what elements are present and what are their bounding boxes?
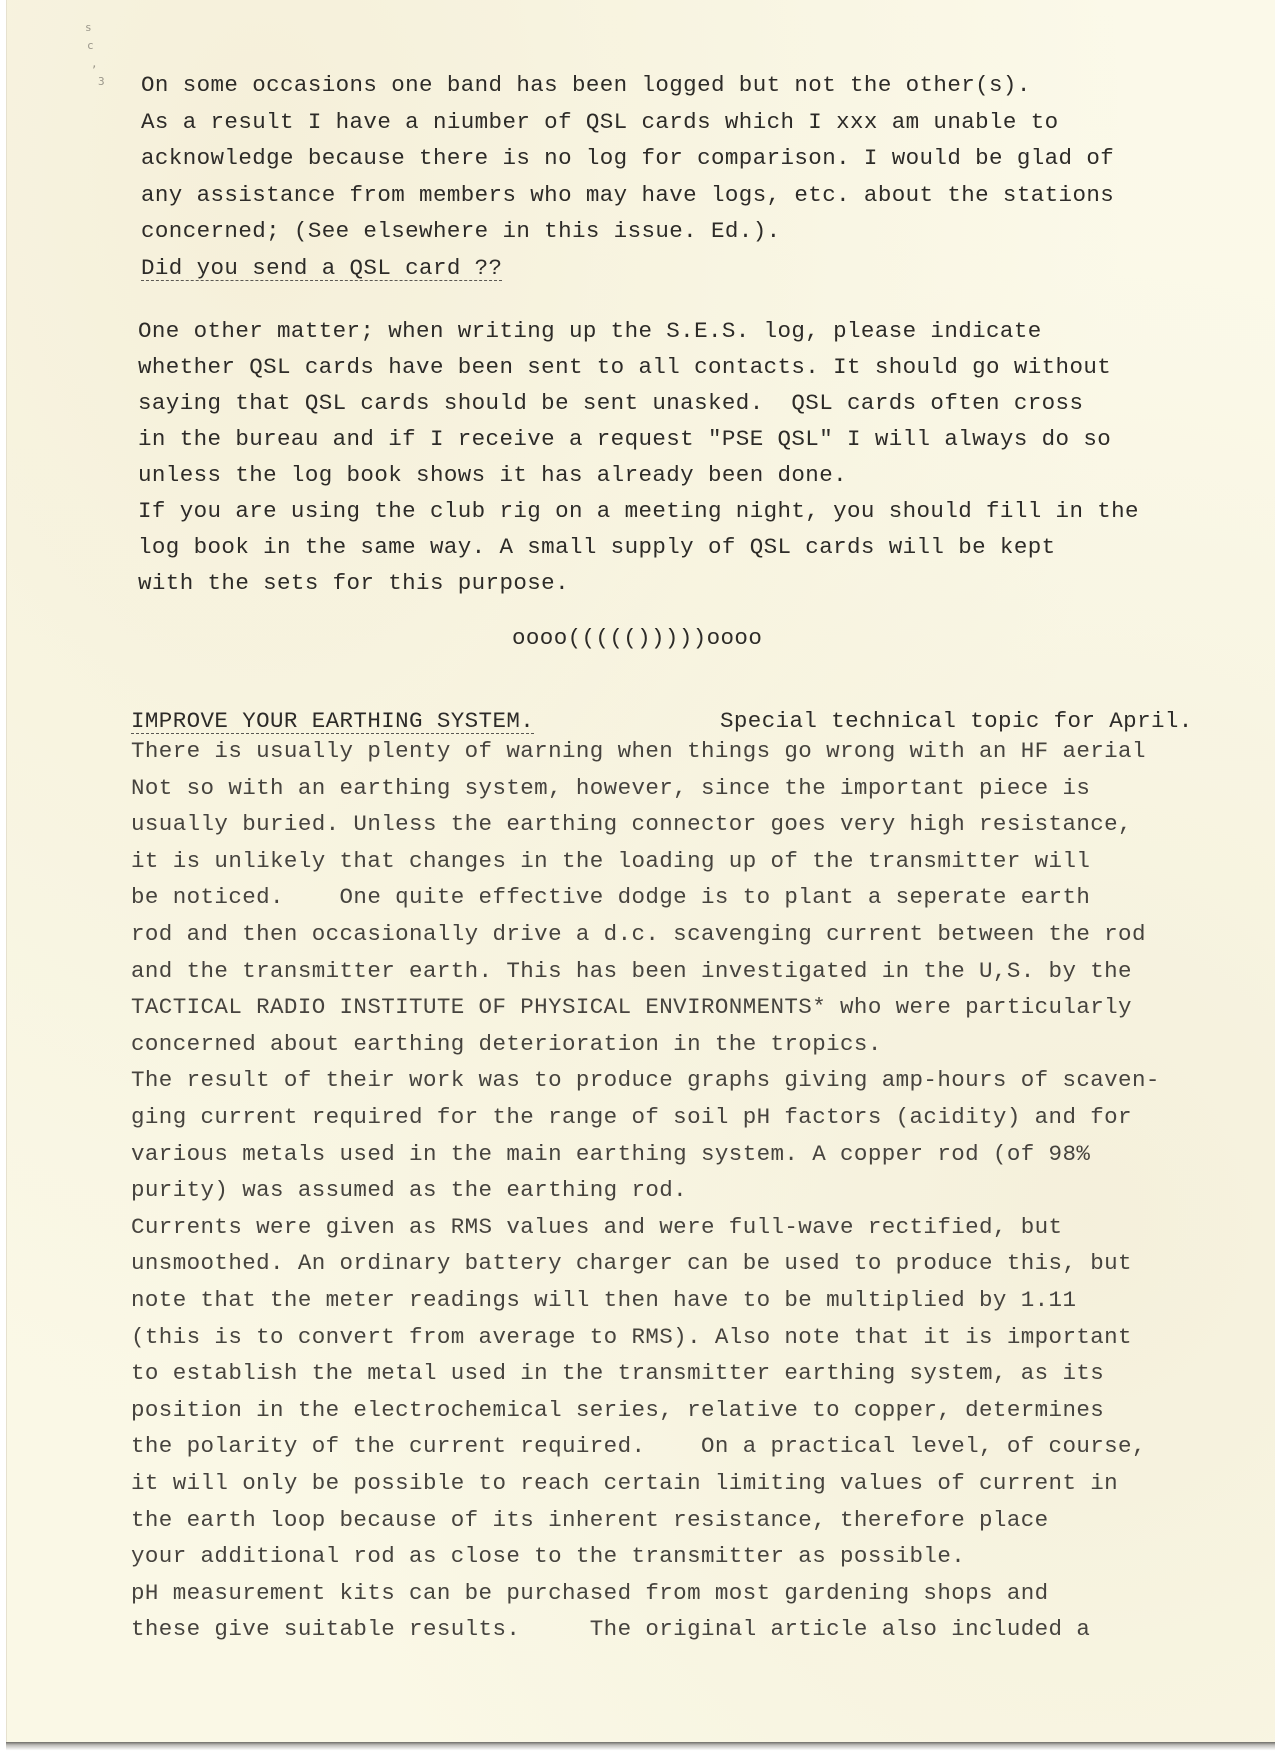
- margin-mark: ,: [91, 58, 98, 70]
- text-line: If you are using the club rig on a meeti…: [138, 498, 1139, 524]
- log-instructions-paragraph: One other matter; when writing up the S.…: [138, 318, 194, 578]
- document-page: s c , 3 On some occasions one band has b…: [6, 0, 1275, 1742]
- text-line: concerned; (See elsewhere in this issue.…: [141, 218, 781, 244]
- text-line: it is unlikely that changes in the loadi…: [131, 848, 1090, 874]
- text-line: your additional rod as close to the tran…: [131, 1543, 965, 1569]
- qsl-question-heading: Did you send a QSL card ??: [141, 255, 502, 281]
- text-line: (this is to convert from average to RMS)…: [131, 1324, 1132, 1350]
- text-line: various metals used in the main earthing…: [131, 1141, 1090, 1167]
- text-line: Currents were given as RMS values and we…: [131, 1214, 1062, 1240]
- margin-mark: s: [85, 22, 92, 34]
- text-line: Not so with an earthing system, however,…: [131, 775, 1090, 801]
- text-line: As a result I have a niumber of QSL card…: [141, 109, 1059, 135]
- margin-mark: c: [87, 40, 94, 52]
- text-line: concerned about earthing deterioration i…: [131, 1031, 882, 1057]
- text-line: The result of their work was to produce …: [131, 1067, 1160, 1093]
- text-line: On some occasions one band has been logg…: [141, 72, 1031, 98]
- text-line: There is usually plenty of warning when …: [131, 738, 1146, 764]
- text-line: to establish the metal used in the trans…: [131, 1360, 1104, 1386]
- article-title: IMPROVE YOUR EARTHING SYSTEM.: [131, 708, 534, 734]
- article-subtitle: Special technical topic for April.: [720, 708, 1193, 734]
- text-line: with the sets for this purpose.: [138, 570, 569, 596]
- qsl-paragraph: On some occasions one band has been logg…: [141, 72, 197, 280]
- text-line: acknowledge because there is no log for …: [141, 145, 1114, 171]
- page-bottom-edge: [6, 1742, 1275, 1754]
- text-line: unless the log book shows it has already…: [138, 462, 847, 488]
- text-line: rod and then occasionally drive a d.c. s…: [131, 921, 1146, 947]
- text-line: unsmoothed. An ordinary battery charger …: [131, 1250, 1132, 1276]
- text-line: the earth loop because of its inherent r…: [131, 1507, 1049, 1533]
- section-separator: oooo((((()))))oooo: [512, 625, 762, 651]
- text-line: in the bureau and if I receive a request…: [138, 426, 1111, 452]
- text-line: whether QSL cards have been sent to all …: [138, 354, 1111, 380]
- margin-mark: 3: [98, 76, 105, 88]
- text-line: these give suitable results. The origina…: [131, 1616, 1090, 1642]
- text-line: the polarity of the current required. On…: [131, 1433, 1146, 1459]
- text-line: TACTICAL RADIO INSTITUTE OF PHYSICAL ENV…: [131, 994, 1132, 1020]
- text-line: log book in the same way. A small supply…: [138, 534, 1056, 560]
- text-line: purity) was assumed as the earthing rod.: [131, 1177, 687, 1203]
- text-line: any assistance from members who may have…: [141, 182, 1114, 208]
- text-line: and the transmitter earth. This has been…: [131, 958, 1132, 984]
- text-line: be noticed. One quite effective dodge is…: [131, 884, 1090, 910]
- margin-marks: s c , 3: [81, 20, 111, 90]
- text-line: it will only be possible to reach certai…: [131, 1470, 1118, 1496]
- text-line: note that the meter readings will then h…: [131, 1287, 1076, 1313]
- text-line: saying that QSL cards should be sent una…: [138, 390, 1083, 416]
- text-line: One other matter; when writing up the S.…: [138, 318, 1042, 344]
- text-line: ging current required for the range of s…: [131, 1104, 1132, 1130]
- text-line: usually buried. Unless the earthing conn…: [131, 811, 1132, 837]
- text-line: pH measurement kits can be purchased fro…: [131, 1580, 1049, 1606]
- text-line: position in the electrochemical series, …: [131, 1397, 1104, 1423]
